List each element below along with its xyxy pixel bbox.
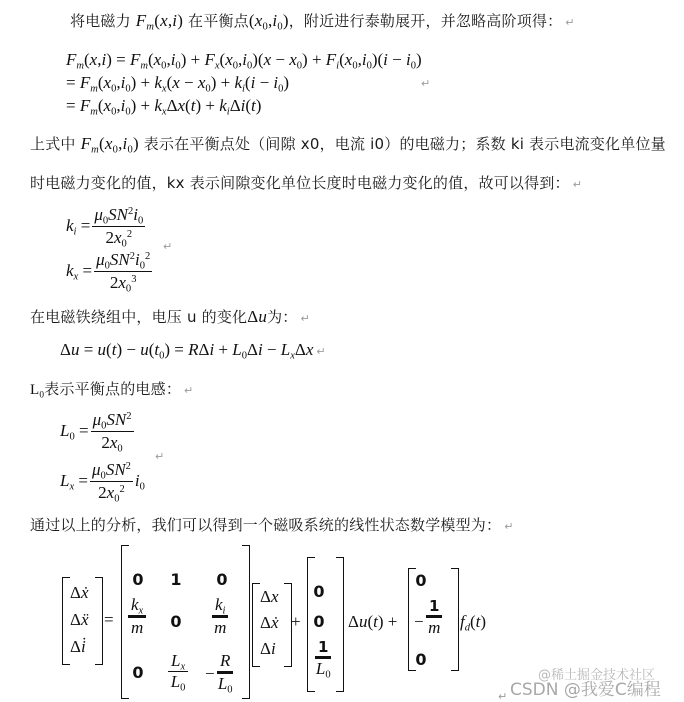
text: 为： xyxy=(267,308,297,326)
equation-taylor-line2: = Fm(x0,i0) + kx(x − x0) + ki(i − i0) xyxy=(66,73,289,93)
a21: kxm xyxy=(128,596,146,638)
bracket-right xyxy=(95,577,103,665)
text: 上式中 xyxy=(30,135,76,153)
x-delta-x: Δx xyxy=(260,587,278,607)
a12: 1 xyxy=(166,570,186,589)
text: L0 xyxy=(30,382,44,398)
minus-sign: − xyxy=(205,664,215,684)
return-mark-icon: ↵ xyxy=(421,77,430,90)
paragraph-inductance: L0表示平衡点的电感：↵ xyxy=(30,378,193,399)
text: 时电磁力变化的值，kx 表示间隙变化单位长度时电磁力变化的值，故可以得到： xyxy=(30,174,570,192)
bracket-right xyxy=(451,568,459,671)
a22: 0 xyxy=(166,612,186,631)
a32: LxL0 xyxy=(168,652,188,692)
a23: kim xyxy=(212,596,228,638)
equation-Lx: Lx = μ0SN22x02 i0 xyxy=(60,460,145,502)
a33: RL0 xyxy=(217,652,233,694)
return-mark-icon: ↵ xyxy=(163,240,172,253)
e2: 1m xyxy=(426,598,442,638)
e3: 0 xyxy=(414,650,428,669)
bracket-right xyxy=(242,545,250,699)
return-mark-icon: ↵ xyxy=(498,690,507,702)
return-mark-icon: ↵ xyxy=(301,312,310,325)
input-du: Δu(t) + xyxy=(348,612,397,632)
bracket-right xyxy=(336,557,344,692)
equals-sign: = xyxy=(104,610,114,630)
text: 表示平衡点的电感： xyxy=(44,380,181,398)
paragraph-explanation-line2: 时电磁力变化的值，kx 表示间隙变化单位长度时电磁力变化的值，故可以得到：↵ xyxy=(30,172,582,193)
paragraph-state-model: 通过以上的分析，我们可以得到一个磁吸系统的线性状态数学模型为：↵ xyxy=(30,514,514,535)
text: 表示在平衡点处（间隙 x0，电流 i0）的电磁力；系数 ki 表示电流变化单位量 xyxy=(144,135,666,153)
b1: 0 xyxy=(312,582,326,601)
a13: 0 xyxy=(212,570,232,589)
bracket-left xyxy=(252,583,260,667)
inline-math-equilibrium: (x0,i0) xyxy=(249,11,289,30)
inline-math-fm: Fm(x,i) xyxy=(136,11,183,30)
disturbance-fd: fd(t) xyxy=(460,612,486,632)
inline-math-du: Δu xyxy=(247,307,267,326)
a31: 0 xyxy=(128,663,148,682)
text: 在平衡点 xyxy=(188,12,249,30)
b3: 1L0 xyxy=(315,639,331,679)
x-delta-i: Δi xyxy=(260,639,276,659)
paragraph-explanation-line1: 上式中 Fm(x0,i0) 表示在平衡点处（间隙 x0，电流 i0）的电磁力；系… xyxy=(30,133,666,154)
inline-math-fm-equilibrium: Fm(x0,i0) xyxy=(81,134,139,153)
return-mark-icon: ↵ xyxy=(184,384,193,397)
watermark-csdn: CSDN @我爱C编程 xyxy=(510,675,661,700)
return-mark-icon: ↵ xyxy=(504,520,513,533)
b2: 0 xyxy=(312,612,326,631)
lhs-x-ddot: Δẍ xyxy=(70,610,88,630)
paragraph-taylor-intro: 将电磁力 Fm(x,i) 在平衡点(x0,i0)，附近进行泰勒展开，并忽略高阶项… xyxy=(70,10,575,31)
equation-taylor-line1: Fm(x,i) = Fm(x0,i0) + Fx(x0,i0)(x − x0) … xyxy=(66,50,422,70)
equation-delta-u: Δu = u(t) − u(t0) = RΔi + L0Δi − LxΔx↵ xyxy=(60,340,326,360)
text: L xyxy=(30,382,39,398)
text: 将电磁力 xyxy=(70,12,131,30)
a11: 0 xyxy=(128,570,148,589)
return-mark-icon: ↵ xyxy=(316,345,325,358)
equation-taylor-line3: = Fm(x0,i0) + kxΔx(t) + kiΔi(t) xyxy=(66,96,261,116)
text: 通过以上的分析，我们可以得到一个磁吸系统的线性状态数学模型为： xyxy=(30,516,501,534)
plus-sign: + xyxy=(291,612,301,632)
minus-sign: − xyxy=(414,612,424,632)
lhs-x-dot: Δẋ xyxy=(70,583,88,603)
lhs-i-dot: Δi̇ xyxy=(70,637,86,657)
return-mark-icon: ↵ xyxy=(573,178,582,191)
equation-ki: ki = μ0SN2i02x02 xyxy=(66,205,147,247)
return-mark-icon: ↵ xyxy=(155,450,164,463)
paragraph-voltage-change: 在电磁铁绕组中，电压 u 的变化Δu为：↵ xyxy=(30,306,310,327)
text: ，附近进行泰勒展开，并忽略高阶项得： xyxy=(289,12,563,30)
return-mark-icon: ↵ xyxy=(565,16,574,29)
e1: 0 xyxy=(414,571,428,590)
equation-kx: kx = μ0SN2i022x03 xyxy=(66,250,154,292)
bracket-left xyxy=(62,577,70,665)
text: 在电磁铁绕组中，电压 u 的变化 xyxy=(30,308,247,326)
equation-L0: L0 = μ0SN22x0 xyxy=(60,410,136,452)
x-delta-x-dot: Δẋ xyxy=(260,613,278,633)
